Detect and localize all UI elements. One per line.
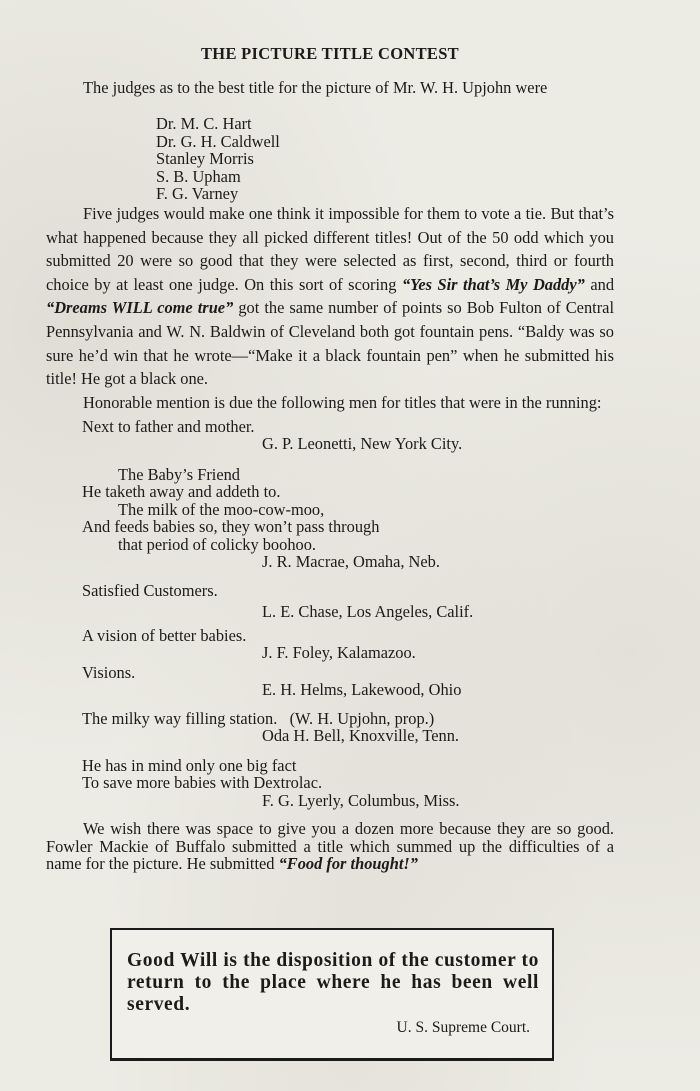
entry-title: Next to father and mother. [82, 418, 462, 435]
entry-attribution: G. P. Leonetti, New York City. [82, 435, 462, 452]
entry-line: And feeds babies so, they won’t pass thr… [82, 518, 440, 535]
entry-title: A vision of better babies. [82, 627, 416, 644]
judge-name: F. G. Varney [156, 185, 280, 203]
judge-name: Dr. G. H. Caldwell [156, 133, 280, 151]
entry-line: that period of colicky boohoo. [82, 536, 440, 553]
entry-title: He has in mind only one big fact [82, 757, 460, 774]
entry-attribution: L. E. Chase, Los Angeles, Calif. [82, 603, 473, 620]
judge-name: Stanley Morris [156, 150, 280, 168]
entry-foley: A vision of better babies. J. F. Foley, … [82, 627, 416, 662]
paragraph-1: Five judges would make one think it impo… [46, 202, 614, 414]
page-title: THE PICTURE TITLE CONTEST [0, 44, 660, 64]
entry-title: The Baby’s Friend [82, 466, 440, 483]
quote-text: Good Will is the disposition of the cust… [127, 950, 539, 1016]
entry-title: Satisfied Customers. [82, 582, 473, 599]
entry-lyerly: He has in mind only one big fact To save… [82, 757, 460, 809]
entry-title: Visions. [82, 664, 461, 681]
title-yes-sir: “Yes Sir that’s My Daddy” [402, 275, 585, 294]
intro-text: The judges as to the best title for the … [46, 76, 614, 100]
judge-name: S. B. Upham [156, 168, 280, 186]
entry-macrae: The Baby’s Friend He taketh away and add… [82, 466, 440, 570]
entry-attribution: E. H. Helms, Lakewood, Ohio [82, 681, 461, 698]
entry-title: The milky way filling station. (W. H. Up… [82, 710, 459, 727]
document-page: THE PICTURE TITLE CONTEST The judges as … [0, 0, 700, 1091]
entry-line: To save more babies with Dextrolac. [82, 774, 460, 791]
entry-attribution: F. G. Lyerly, Columbus, Miss. [82, 792, 460, 809]
entry-line: He taketh away and addeth to. [82, 483, 440, 500]
quote-box: Good Will is the disposition of the cust… [110, 928, 554, 1061]
conjunction: and [585, 275, 614, 294]
entry-helms: Visions. E. H. Helms, Lakewood, Ohio [82, 664, 461, 699]
title-food-for-thought: “Food for thought!” [279, 854, 418, 873]
closing-paragraph: We wish there was space to give you a do… [46, 820, 614, 873]
intro-paragraph: The judges as to the best title for the … [46, 76, 614, 100]
entry-bell: The milky way filling station. (W. H. Up… [82, 710, 459, 745]
entry-line: The milk of the moo-cow-moo, [82, 501, 440, 518]
entry-attribution: J. R. Macrae, Omaha, Neb. [82, 553, 440, 570]
entry-leonetti: Next to father and mother. G. P. Leonett… [82, 418, 462, 453]
entry-attribution: J. F. Foley, Kalamazoo. [82, 644, 416, 661]
judge-name: Dr. M. C. Hart [156, 115, 280, 133]
entry-attribution: Oda H. Bell, Knoxville, Tenn. [82, 727, 459, 744]
quote-source: U. S. Supreme Court. [397, 1019, 530, 1037]
judges-list: Dr. M. C. Hart Dr. G. H. Caldwell Stanle… [156, 115, 280, 203]
entry-chase: Satisfied Customers. L. E. Chase, Los An… [82, 582, 473, 621]
title-dreams: “Dreams WILL come true” [46, 298, 233, 317]
paragraph-2: Honorable mention is due the following m… [46, 391, 614, 415]
